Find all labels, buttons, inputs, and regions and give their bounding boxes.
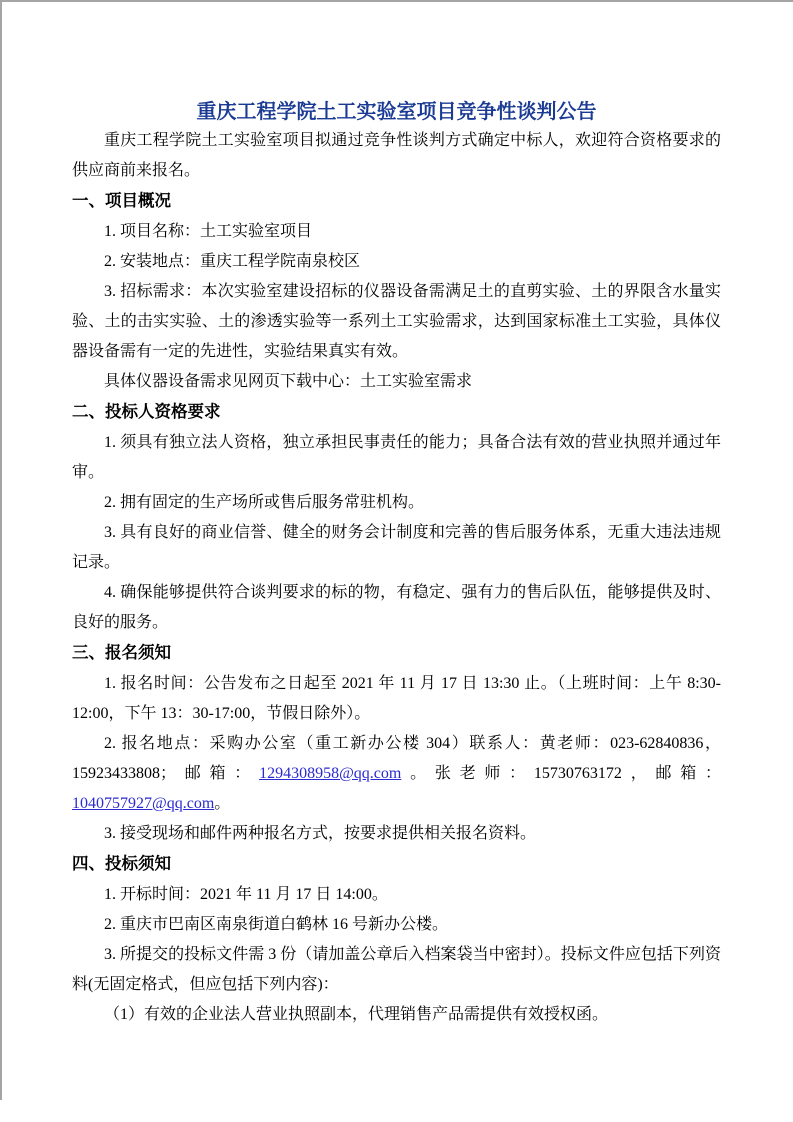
- section-heading-registration-notice: 三、报名须知: [72, 638, 721, 669]
- list-item-bid-documents: 3. 所提交的投标文件需 3 份（请加盖公章后入档案袋当中密封）。投标文件应包括…: [72, 940, 721, 1000]
- text-segment: 。张老师：15730763172，邮箱：: [401, 765, 721, 782]
- list-item-legal-person: 1. 须具有独立法人资格，独立承担民事责任的能力；具备合法有效的营业执照并通过年…: [72, 428, 721, 488]
- email-link-zhang[interactable]: 1040757927@qq.com: [72, 795, 214, 812]
- list-item-registration-time: 1. 报名时间：公告发布之日起至 2021 年 11 月 17 日 13:30 …: [72, 669, 721, 729]
- list-item-registration-methods: 3. 接受现场和邮件两种报名方式，按要求提供相关报名资料。: [72, 819, 721, 849]
- list-item-fixed-premises: 2. 拥有固定的生产场所或售后服务常驻机构。: [72, 488, 721, 518]
- list-item-business-license: （1）有效的企业法人营业执照副本，代理销售产品需提供有效授权函。: [72, 1000, 721, 1030]
- list-item-bid-opening-time: 1. 开标时间：2021 年 11 月 17 日 14:00。: [72, 880, 721, 910]
- list-item-after-sales: 4. 确保能够提供符合谈判要求的标的物，有稳定、强有力的售后队伍，能够提供及时、…: [72, 578, 721, 638]
- section-heading-project-overview: 一、项目概况: [72, 186, 721, 217]
- section-heading-bidder-qualifications: 二、投标人资格要求: [72, 397, 721, 428]
- email-link-huang[interactable]: 1294308958@qq.com: [259, 765, 401, 782]
- list-item-install-location: 2. 安装地点：重庆工程学院南泉校区: [72, 247, 721, 277]
- page-edge-left: [0, 0, 2, 1100]
- intro-paragraph: 重庆工程学院土工实验室项目拟通过竞争性谈判方式确定中标人，欢迎符合资格要求的供应…: [72, 126, 721, 186]
- list-item-business-reputation: 3. 具有良好的商业信誉、健全的财务会计制度和完善的售后服务体系，无重大违法违规…: [72, 518, 721, 578]
- document-page: 重庆工程学院土工实验室项目竞争性谈判公告 重庆工程学院土工实验室项目拟通过竞争性…: [72, 0, 721, 1030]
- list-item-bid-requirements: 3. 招标需求：本次实验室建设招标的仪器设备需满足土的直剪实验、土的界限含水量实…: [72, 277, 721, 367]
- list-item-project-name: 1. 项目名称：土工实验室项目: [72, 217, 721, 247]
- list-item-bid-opening-address: 2. 重庆市巴南区南泉街道白鹤林 16 号新办公楼。: [72, 910, 721, 940]
- text-segment: 。: [214, 795, 230, 812]
- page-title: 重庆工程学院土工实验室项目竞争性谈判公告: [72, 98, 721, 126]
- section-heading-bidding-notice: 四、投标须知: [72, 849, 721, 880]
- paragraph-equipment-download: 具体仪器设备需求见网页下载中心：土工实验室需求: [72, 367, 721, 397]
- list-item-registration-location: 2. 报名地点：采购办公室（重工新办公楼 304）联系人：黄老师：023-628…: [72, 729, 721, 819]
